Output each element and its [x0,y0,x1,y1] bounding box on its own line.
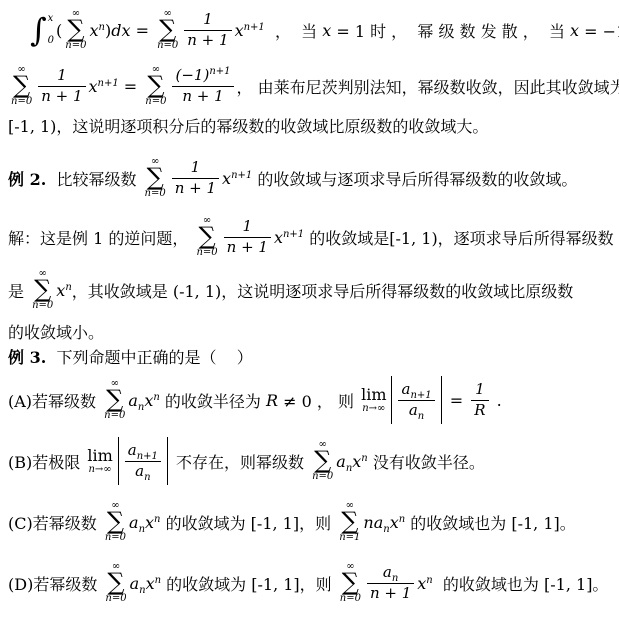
text-run: (B)若极限 [8,450,85,473]
sigma-icon: ∑ [67,19,84,41]
fraction: an+1an [125,442,161,480]
math-superscript-group: xn [417,574,432,593]
sigma-icon: ∑ [342,572,359,594]
limit-word: lim [87,448,112,464]
math-superscript: n [99,22,105,33]
math-subscript-group: an [129,513,145,532]
math-superscript-group: xn [146,574,161,593]
math-superscript: n [154,514,160,525]
sum-lower-limit: n=0 [145,189,166,199]
text-run: (A)若幂级数 [8,389,101,412]
fraction: an+1an [398,381,434,419]
math-subscript: n [383,524,389,535]
summation-symbol: ∞∑n=0 [65,9,86,51]
fraction-numerator: an+1 [398,381,434,400]
math-superscript-group: xn+1 [274,228,304,247]
text-run: ， 当 [265,19,322,42]
math-subscript: n [139,585,145,596]
fraction: 1n + 1 [38,67,85,105]
text-run: 的收敛域小。 [8,320,104,343]
math-superscript: n [426,575,432,586]
integral-lower-limit: 0 [48,36,54,46]
sigma-icon: ∑ [13,75,30,97]
fraction-numerator: 1 [224,218,271,237]
math-var: n [363,513,373,532]
summation-symbol: ∞∑n=0 [312,440,333,482]
fraction: 1n + 1 [172,159,219,197]
math-superscript-group: xn [145,513,160,532]
summation-symbol: ∞∑n=0 [145,157,166,199]
text-run: 的收敛域为 [-1, 1]，则 [161,511,337,534]
fraction-denominator: n + 1 [172,87,233,105]
math-superscript: n+1 [283,229,304,240]
line-conclusion-2: 的收敛域小。 [8,321,611,342]
fraction-numerator: 1 [172,159,219,178]
fraction-denominator: n + 1 [38,87,85,105]
math-base: (−1) [175,66,209,84]
text-run: = −1 时 ， [579,19,619,42]
summation-symbol: ∞∑n=0 [104,379,125,421]
fraction-numerator: an+1 [125,442,161,461]
math-superscript: n [153,392,159,403]
math-superscript-group: xn [352,452,367,471]
math-subscript-group: an [374,513,390,532]
math-base: a [374,513,384,532]
math-subscript: n [139,524,145,535]
math-base: a [135,462,144,480]
text-run: 的收敛半径为 [160,389,266,412]
sum-lower-limit: n=0 [65,41,86,51]
math-base: a [130,574,140,593]
math-var: x [570,21,579,40]
math-superscript: n [65,282,71,293]
sum-lower-limit: n=0 [11,97,32,107]
math-base: x [144,391,153,410]
math-superscript-group: xn+1 [235,21,265,40]
math-base: a [128,391,138,410]
math-superscript: n [399,514,405,525]
limit-operator: limn→∞ [87,448,112,475]
text-run: [-1, 1)，这说明逐项积分后的幂级数的收敛域比原级数的收敛域大。 [8,114,488,137]
sum-lower-limit: n=0 [105,594,126,604]
fraction-denominator: n + 1 [224,238,271,256]
line-solution-2: 是 ∞∑n=0xn，其收敛域是 (-1, 1)，这说明逐项求导后所得幂级数的收敛… [8,265,611,315]
text-run: . [492,391,502,410]
math-subscript-group: an+1 [128,442,158,459]
math-subscript-group: an+1 [401,381,431,398]
text-run: 的收敛域也为 [-1, 1]。 [433,572,609,595]
summation-symbol: ∞∑n=1 [339,501,360,543]
math-superscript: n [361,453,367,464]
math-base: a [129,513,139,532]
text-run: 没有收敛半径。 [368,450,485,473]
math-base: x [222,169,231,188]
sum-lower-limit: n=0 [312,472,333,482]
bold-label: 例 3. [8,345,46,368]
summation-symbol: ∞∑n=0 [196,216,217,258]
fraction-denominator: n + 1 [184,31,231,49]
limit-subscript: n→∞ [88,465,111,475]
math-subscript: n [418,411,424,422]
math-base: x [56,281,65,300]
math-var: x [322,21,331,40]
line-option-a: (A)若幂级数 ∞∑n=0anxn 的收敛半径为 R ≠ 0 ， 则 limn→… [8,374,611,426]
fraction-numerator: 1 [184,11,231,30]
math-var: dx [111,21,130,40]
line-integral-identity: ∫x0(∞∑n=0xn)dx = ∞∑n=01n + 1xn+1 ， 当 x =… [8,6,611,54]
summation-symbol: ∞∑n=0 [105,562,126,604]
sum-lower-limit: n=0 [32,301,53,311]
fraction-denominator: an [398,401,434,419]
math-subscript-group: an [383,564,398,581]
math-base: a [336,452,346,471]
integral-symbol: ∫x0 [30,14,54,46]
sum-lower-limit: n=0 [340,594,361,604]
line-example-3: 例 3. 下列命题中正确的是（ ） [8,344,611,368]
summation-symbol: ∞∑n=0 [11,65,32,107]
summation-symbol: ∞∑n=0 [32,269,53,311]
sum-lower-limit: n=0 [105,533,126,543]
sum-lower-limit: n=0 [196,248,217,258]
fraction-numerator: 1 [471,381,488,400]
fraction-denominator: n + 1 [367,584,414,602]
text-run: ， 由莱布尼茨判别法知，幂级数收敛，因此其收敛域为 [237,75,619,98]
sigma-icon: ∑ [147,75,164,97]
text-run: ( [56,21,62,40]
fraction-denominator: an [125,462,161,480]
summation-symbol: ∞∑n=0 [145,65,166,107]
fraction-denominator: n + 1 [172,179,219,197]
math-var: R [266,391,278,410]
text-run: (C)若幂级数 [8,511,102,534]
fraction: ann + 1 [367,564,414,602]
text-run: ，其收敛域是 (-1, 1)，这说明逐项求导后所得幂级数的收敛域比原级数 [72,279,574,302]
line-leibniz: ∞∑n=01n + 1xn+1 = ∞∑n=0(−1)n+1n + 1， 由莱布… [8,58,611,114]
line-option-c: (C)若幂级数 ∞∑n=0anxn 的收敛域为 [-1, 1]，则 ∞∑n=1n… [8,497,611,547]
sigma-icon: ∑ [106,389,123,411]
math-superscript-group: xn [56,281,71,300]
math-subscript: n [346,463,352,474]
math-base: x [89,21,98,40]
absolute-value: an+1an [118,437,168,485]
sigma-icon: ∑ [341,511,358,533]
line-conclusion-1: [-1, 1)，这说明逐项积分后的幂级数的收敛域比原级数的收敛域大。 [8,114,611,136]
sigma-icon: ∑ [107,572,124,594]
fraction: 1n + 1 [184,11,231,49]
sum-lower-limit: n=1 [339,533,360,543]
text-run: = [119,77,143,96]
math-base: x [89,77,98,96]
limit-subscript: n→∞ [362,404,385,414]
text-run: 比较幂级数 [46,167,141,190]
text-run: = [130,21,154,40]
text-run: 的收敛域是[-1, 1)，逐项求导后所得幂级数 [304,226,614,249]
text-run: 是 [8,279,29,302]
math-superscript: n [155,575,161,586]
sum-lower-limit: n=0 [104,411,125,421]
math-superscript: n+1 [231,170,252,181]
limit-word: lim [361,387,386,403]
summation-symbol: ∞∑n=0 [157,9,178,51]
summation-symbol: ∞∑n=0 [105,501,126,543]
fraction-numerator: (−1)n+1 [172,67,233,86]
math-subscript-group: an [336,452,352,471]
math-subscript: n [392,573,398,584]
math-base: x [417,574,426,593]
math-base: a [128,441,137,459]
math-subscript: n [144,472,150,483]
fraction-denominator: R [471,401,488,419]
math-subscript-group: an [135,463,150,480]
math-base: x [390,513,399,532]
math-subscript-group: an [409,402,424,419]
fraction: 1n + 1 [224,218,271,256]
math-superscript-group: (−1)n+1 [175,67,230,84]
math-superscript-group: xn [390,513,405,532]
bold-label: 例 2. [8,167,46,190]
text-run: 不存在，则幂级数 [171,450,309,473]
line-option-b: (B)若极限 limn→∞an+1an 不存在，则幂级数 ∞∑n=0anxn 没… [8,432,611,490]
sigma-icon: ∑ [147,167,164,189]
integral-icon: ∫ [30,14,47,46]
math-superscript-group: xn [89,21,104,40]
text-run: ≠ 0 ， 则 [278,389,359,412]
text-run: 解：这是例 1 的逆问题， [8,226,193,249]
sigma-icon: ∑ [198,226,215,248]
text-run: 的收敛域也为 [-1, 1]。 [405,511,576,534]
math-base: x [145,513,154,532]
integral-upper-limit: x [48,14,54,24]
line-option-d: (D)若幂级数 ∞∑n=0anxn 的收敛域为 [-1, 1]，则 ∞∑n=0a… [8,556,611,610]
math-subscript-group: an [130,574,146,593]
text-run: 下列命题中正确的是（ ） [46,345,253,368]
sigma-icon: ∑ [34,279,51,301]
sigma-icon: ∑ [107,511,124,533]
math-superscript-group: xn [144,391,159,410]
fraction-numerator: 1 [38,67,85,86]
math-base: x [352,452,361,471]
text-run: = 1 时 ， 幂 级 数 发 散 ， 当 [331,19,570,42]
math-subscript: n+1 [410,390,431,401]
math-base: x [146,574,155,593]
summation-symbol: ∞∑n=0 [340,562,361,604]
math-subscript: n+1 [137,451,158,462]
sigma-icon: ∑ [159,19,176,41]
sigma-icon: ∑ [314,450,331,472]
math-base: x [274,228,283,247]
text-run: = [445,391,469,410]
text-run: 的收敛域与逐项求导后所得幂级数的收敛域。 [252,167,577,190]
math-base: a [383,563,392,581]
line-solution: 解：这是例 1 的逆问题， ∞∑n=01n + 1xn+1 的收敛域是[-1, … [8,213,611,261]
sum-lower-limit: n=0 [145,97,166,107]
text-run: (D)若幂级数 [8,572,102,595]
fraction: (−1)n+1n + 1 [172,67,233,105]
math-subscript-group: an [128,391,144,410]
limit-operator: limn→∞ [361,387,386,414]
math-superscript-group: xn+1 [222,169,252,188]
integral-limits: x0 [48,14,54,46]
fraction-numerator: an [367,564,414,583]
math-superscript: n+1 [209,66,230,77]
math-base: a [409,401,418,419]
sum-lower-limit: n=0 [157,41,178,51]
math-base: x [235,21,244,40]
fraction: 1R [471,381,488,419]
math-superscript-group: xn+1 [89,77,119,96]
text-run: 的收敛域为 [-1, 1]，则 [161,572,337,595]
line-example-2: 例 2. 比较幂级数 ∞∑n=01n + 1xn+1 的收敛域与逐项求导后所得幂… [8,154,611,202]
math-superscript: n+1 [244,22,265,33]
absolute-value: an+1an [391,376,441,424]
document-body: ∫x0(∞∑n=0xn)dx = ∞∑n=01n + 1xn+1 ， 当 x =… [0,0,619,623]
math-subscript: n [138,402,144,413]
math-superscript: n+1 [98,78,119,89]
